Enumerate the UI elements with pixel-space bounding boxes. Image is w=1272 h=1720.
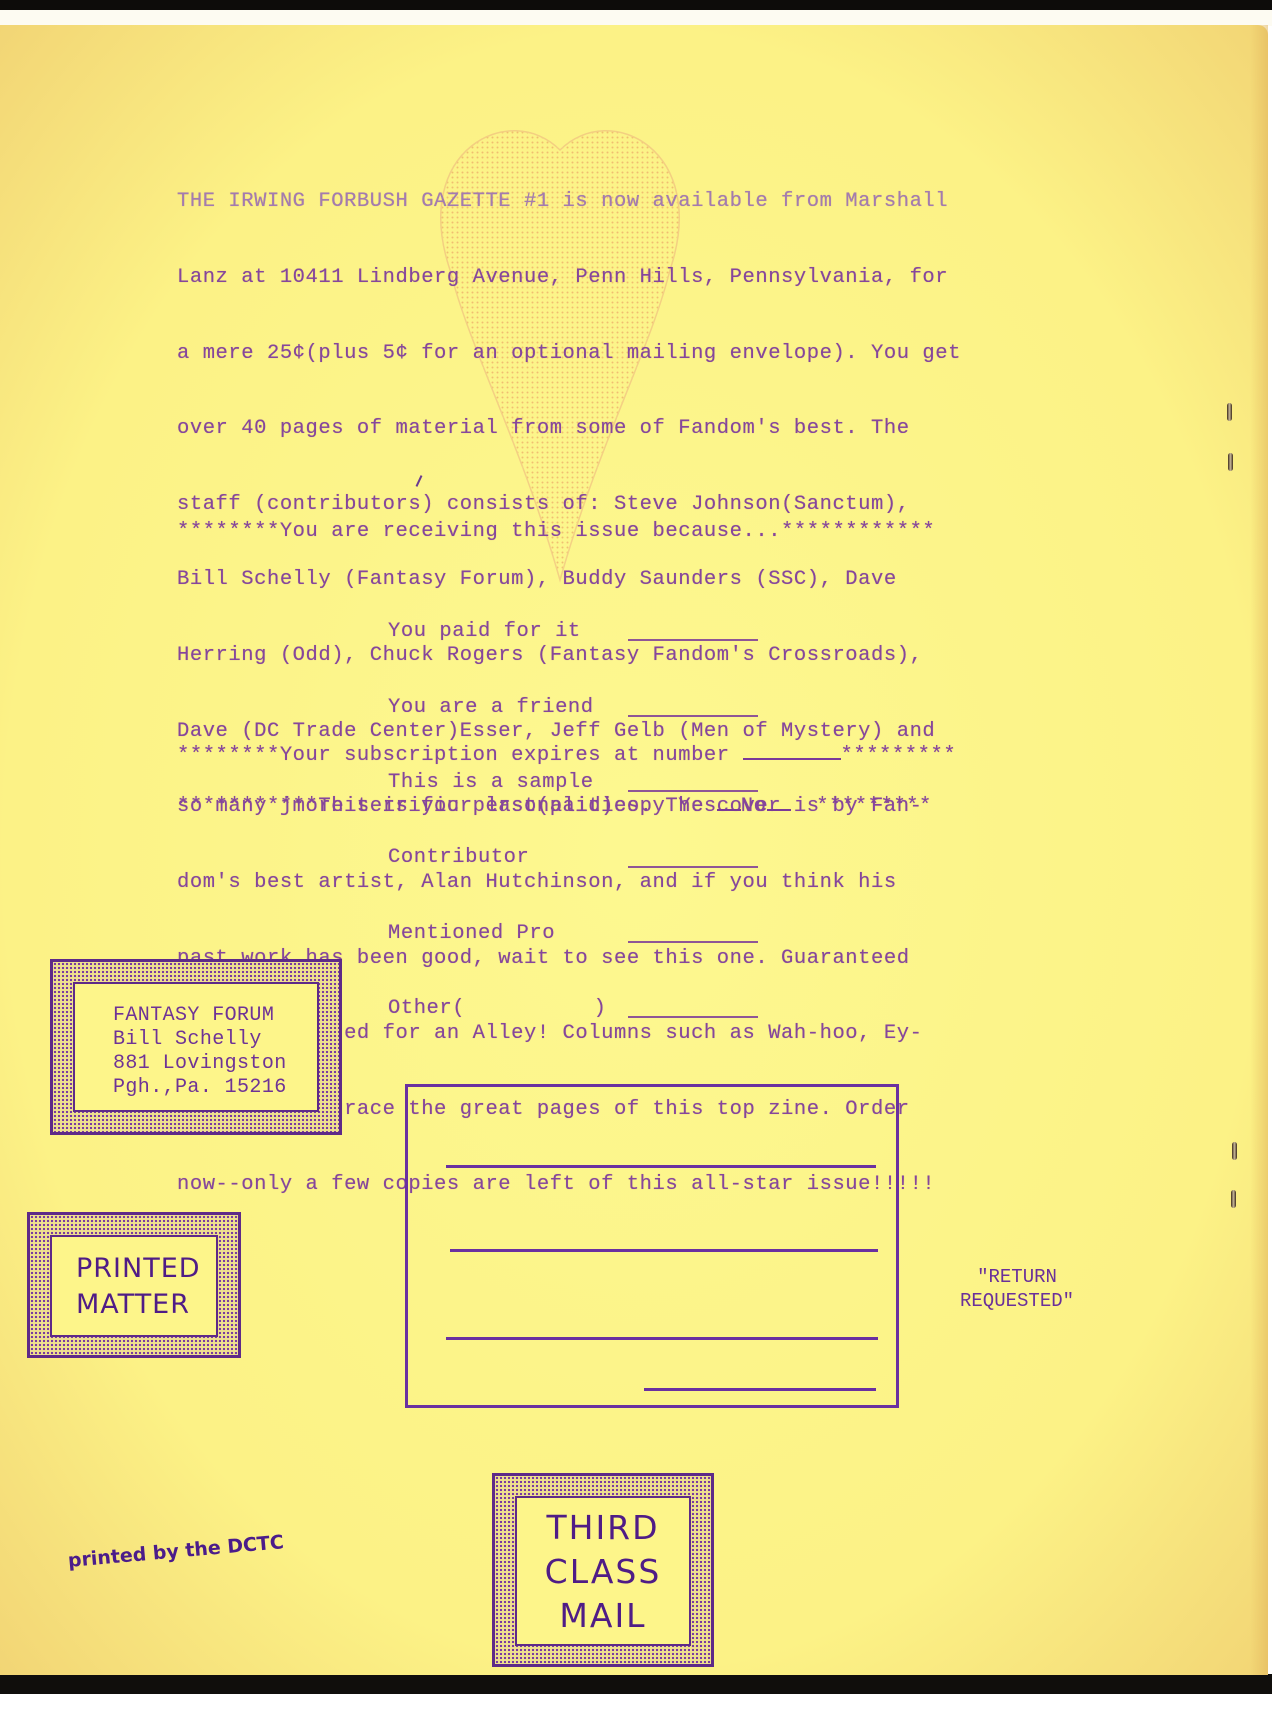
receiving-checklist: You paid for it You are a friend This is… xyxy=(388,569,758,1072)
stamp-inner-frame: THIRDCLASSMAIL xyxy=(515,1496,691,1646)
staple-mark xyxy=(1228,453,1233,471)
printed-matter-text: PRINTEDMATTER xyxy=(76,1251,201,1323)
checklist-label: Other( ) xyxy=(388,996,628,1021)
no-blank[interactable] xyxy=(767,791,791,811)
checkbox-blank-line[interactable] xyxy=(628,1016,758,1018)
staple-mark xyxy=(1231,1190,1236,1208)
checklist-row: Mentioned Pro xyxy=(388,921,758,946)
checklist-row: Contributor xyxy=(388,846,758,871)
checkbox-blank-line[interactable] xyxy=(628,941,758,943)
third-class-line: CLASS xyxy=(517,1550,689,1594)
address-line xyxy=(450,1249,878,1252)
checklist-label: Contributor xyxy=(388,845,628,870)
third-class-text: THIRDCLASSMAIL xyxy=(517,1506,689,1638)
checkbox-blank-line[interactable] xyxy=(628,639,758,641)
return-requested-note: "RETURNREQUESTED" xyxy=(960,1265,1074,1313)
issue-number-blank[interactable] xyxy=(743,740,841,760)
checklist-row: You paid for it xyxy=(388,619,758,644)
checkbox-blank-line[interactable] xyxy=(628,715,758,717)
checklist-row: Other( ) xyxy=(388,996,758,1021)
address-line xyxy=(446,1165,876,1168)
yes-blank[interactable] xyxy=(717,791,741,811)
stamp-inner-frame: FANTASY FORUMBill Schelly881 LovingstonP… xyxy=(73,982,319,1112)
checklist-label: You paid for it xyxy=(388,619,628,644)
subscription-expires-line: ********Your subscription expires at num… xyxy=(177,740,956,768)
subscription-prefix: ********Your subscription expires at num… xyxy=(177,744,743,767)
announcement-line: over 40 pages of material from some of F… xyxy=(177,416,961,441)
mailing-address-box[interactable] xyxy=(405,1084,899,1408)
return-address-line: 881 Lovingston xyxy=(113,1052,287,1076)
printed-matter-stamp: PRINTEDMATTER xyxy=(27,1212,241,1358)
last-copy-suffix: ********* xyxy=(791,795,932,818)
stamp-inner-frame: PRINTEDMATTER xyxy=(50,1235,218,1337)
scan-bottom-edge xyxy=(0,1674,1272,1694)
subscription-suffix: ********* xyxy=(841,744,957,767)
third-class-mail-stamp: THIRDCLASSMAIL xyxy=(492,1473,714,1667)
return-requested-line: REQUESTED" xyxy=(960,1289,1074,1313)
return-address-line: Pgh.,Pa. 15216 xyxy=(113,1076,287,1100)
checklist-row: You are a friend xyxy=(388,695,758,720)
printed-matter-line: PRINTED xyxy=(76,1251,201,1287)
address-line xyxy=(446,1337,878,1340)
printed-by-credit: printed by the DCTC xyxy=(67,1531,285,1572)
staple-mark xyxy=(1232,1142,1237,1160)
zine-page: THE IRWING FORBUSH GAZETTE #1 is now ava… xyxy=(0,25,1268,1675)
announcement-line: a mere 25¢(plus 5¢ for an optional maili… xyxy=(177,341,961,366)
return-address-text: FANTASY FORUMBill Schelly881 LovingstonP… xyxy=(113,1004,287,1100)
announcement-line: Lanz at 10411 Lindberg Avenue, Penn Hill… xyxy=(177,265,961,290)
return-address-line: FANTASY FORUM xyxy=(113,1004,287,1028)
return-requested-line: "RETURN xyxy=(960,1265,1074,1289)
last-copy-line: ***********This is your last(paid)copy Y… xyxy=(177,791,932,819)
checklist-label: Mentioned Pro xyxy=(388,921,628,946)
staple-mark xyxy=(1227,403,1232,421)
return-address-stamp: FANTASY FORUMBill Schelly881 LovingstonP… xyxy=(50,959,342,1135)
announcement-line: THE IRWING FORBUSH GAZETTE #1 is now ava… xyxy=(177,189,961,214)
checklist-label: You are a friend xyxy=(388,695,628,720)
address-line xyxy=(644,1388,876,1391)
receiving-heading: ********You are receiving this issue bec… xyxy=(177,519,935,544)
third-class-line: MAIL xyxy=(517,1594,689,1638)
last-copy-prefix: ***********This is your last(paid)copy Y… xyxy=(177,795,717,818)
third-class-line: THIRD xyxy=(517,1506,689,1550)
printed-matter-line: MATTER xyxy=(76,1287,201,1323)
scan-paper-edge xyxy=(0,10,1272,26)
no-label: No xyxy=(741,795,767,818)
scan-top-edge xyxy=(0,0,1272,10)
checkbox-blank-line[interactable] xyxy=(628,866,758,868)
announcement-line: staff (contributors) consists of: Steve … xyxy=(177,492,961,517)
return-address-line: Bill Schelly xyxy=(113,1028,287,1052)
